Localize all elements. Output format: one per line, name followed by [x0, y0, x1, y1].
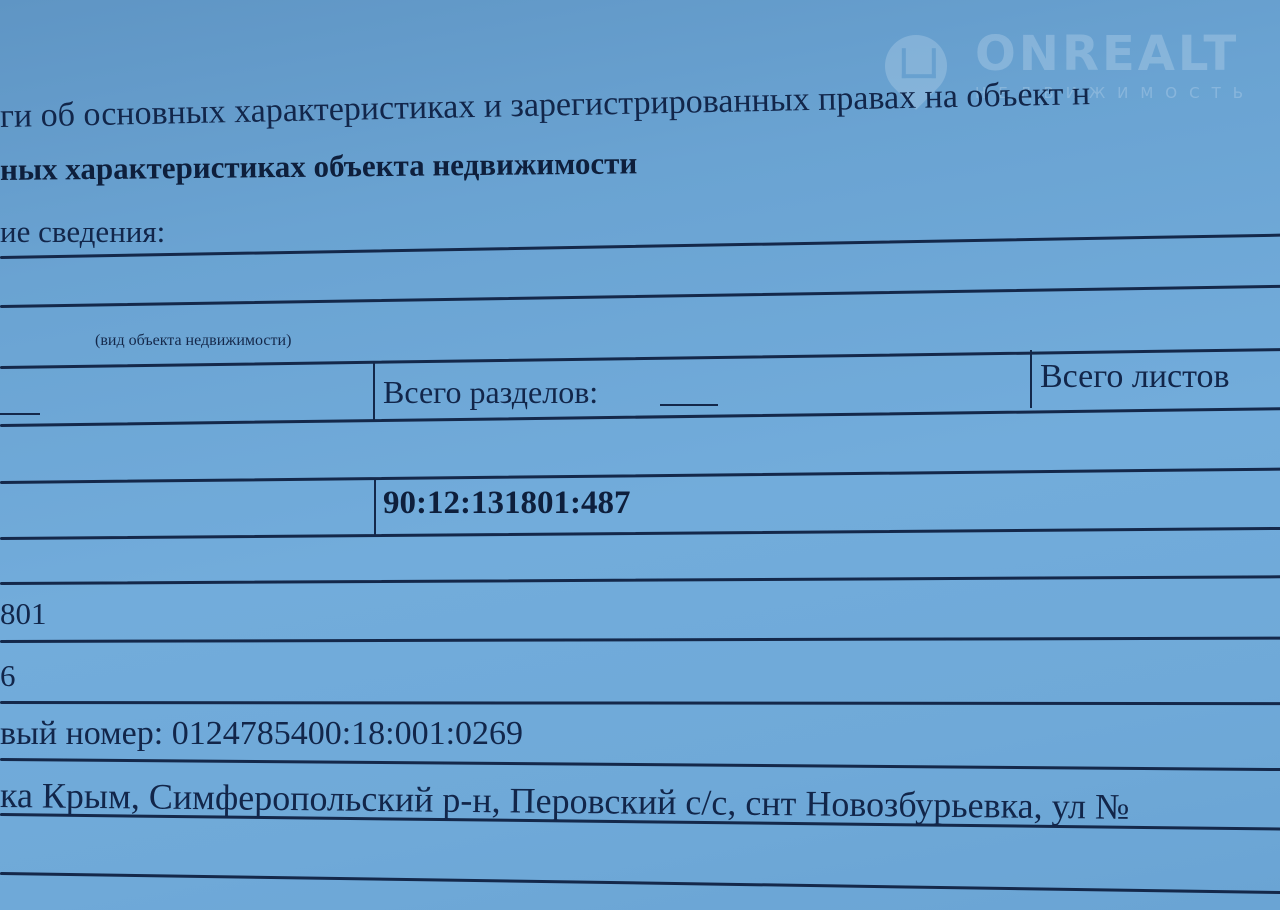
- divider: [0, 527, 1280, 540]
- divider: [0, 285, 1280, 308]
- divider: [0, 758, 1280, 771]
- field-value: 6: [0, 660, 16, 691]
- cell-border: [1030, 350, 1032, 408]
- divider: [0, 407, 1280, 427]
- total-sections-blank: [660, 404, 718, 406]
- total-sheets-label: Всего листов: [1040, 360, 1230, 394]
- divider: [0, 467, 1280, 484]
- previous-number: вый номер: 0124785400:18:001:0269: [0, 717, 523, 751]
- document-title: ги об основных характеристиках и зарегис…: [0, 77, 1090, 134]
- divider: [0, 637, 1280, 643]
- divider: [0, 701, 1280, 705]
- section-heading: ных характеристиках объекта недвижимости: [0, 147, 637, 185]
- divider: [0, 233, 1280, 259]
- watermark-brand: ONREALT: [975, 30, 1255, 78]
- cell-border: [373, 362, 375, 422]
- document-photo: ONREALT НЕДВИЖИМОСТЬ ги об основных хара…: [0, 0, 1280, 910]
- cell-border: [374, 480, 376, 536]
- general-info-label: ие сведения:: [0, 216, 165, 247]
- object-kind-caption: (вид объекта недвижимости): [95, 333, 291, 349]
- total-sections-label: Всего разделов:: [383, 376, 598, 408]
- cadastral-quarter-value: 801: [0, 598, 47, 629]
- divider: [0, 872, 1280, 894]
- blank-field: [0, 413, 40, 415]
- cadastral-number: 90:12:131801:487: [383, 487, 630, 520]
- divider: [0, 575, 1280, 585]
